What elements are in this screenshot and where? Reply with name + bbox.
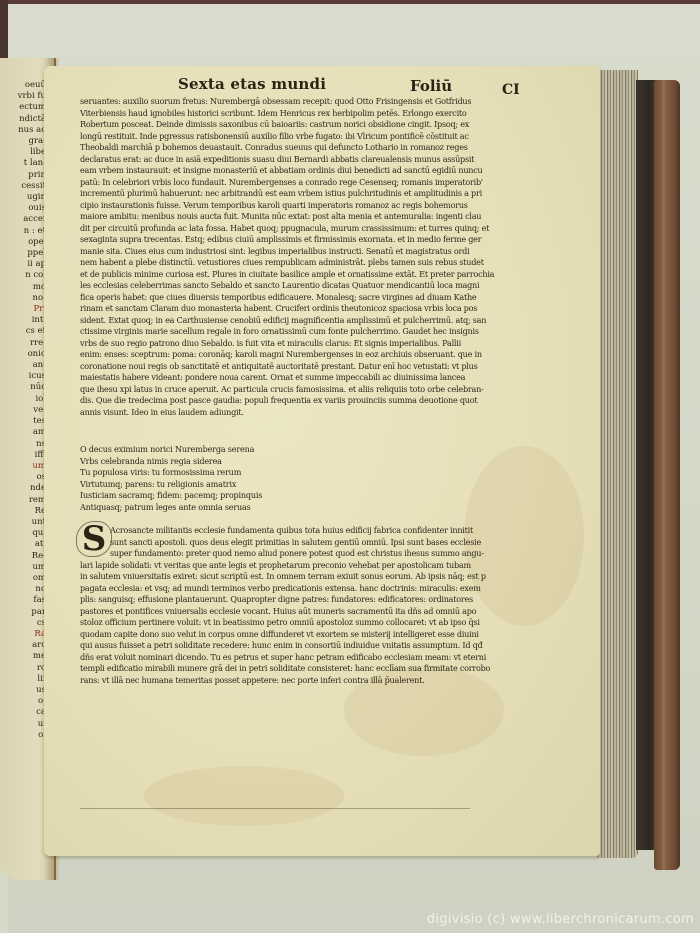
verso-fragment-line: Pri xyxy=(18,304,46,315)
verso-fragment-line: qui xyxy=(18,528,46,539)
verso-fragment-line: iol xyxy=(18,394,46,405)
text-line: quodam capite dono suo velut in corpus o… xyxy=(80,629,550,641)
text-line: sexaginta supra trecentas. Estq; edibus … xyxy=(80,234,550,246)
verso-fragment-line: ppel xyxy=(18,248,46,259)
text-line: Viterbiensis haud ignobiles historici sc… xyxy=(80,108,550,120)
verso-fragment-line: ca xyxy=(18,707,46,718)
verso-fragment-line: ugin xyxy=(18,192,46,203)
verse-in-praise-of-nuremberg: O decus eximium norici Nuremberga serena… xyxy=(80,444,340,513)
verso-fragment-line: vrbi fu xyxy=(18,91,46,102)
text-line: in salutem vniuersitatis exiret: sicut s… xyxy=(80,571,550,583)
text-line: dis. Que die tredecima post pasce gaudia… xyxy=(80,395,550,407)
verso-fragment-line: ro xyxy=(18,663,46,674)
text-line: incrementū plurimū habuerunt: nec arbitr… xyxy=(80,188,550,200)
text-block-bottom-rule xyxy=(80,808,470,809)
verso-fragment-line: me xyxy=(18,651,46,662)
verso-text-fragments: oeuūvrbi fuectumndictānus acgra-libet la… xyxy=(18,80,46,741)
text-line: maiore ambitu: menibus nouis aucta fuit.… xyxy=(80,211,550,223)
verso-fragment-line: par xyxy=(18,607,46,618)
running-header-title: Sexta etas mundi xyxy=(178,75,326,93)
text-line: eam vrbem instaurauit: et insigne monast… xyxy=(80,165,550,177)
verso-fragment-line: at. xyxy=(18,539,46,550)
verso-fragment-line: tes xyxy=(18,416,46,427)
verso-fragment-line: nde xyxy=(18,483,46,494)
verso-fragment-line: us xyxy=(18,685,46,696)
verso-fragment-line: ve- xyxy=(18,405,46,416)
text-line: longū restituit. Inde pgressus ratisbone… xyxy=(80,131,550,143)
text-line: sident. Extat quoq; in ea Carthusiense c… xyxy=(80,315,550,327)
text-line: Theobaldi marchiā p bohemos deuastauit. … xyxy=(80,142,550,154)
verso-fragment-line: n : et xyxy=(18,226,46,237)
verso-fragment-line: onio xyxy=(18,349,46,360)
text-line: Iusticiam sacramq; fidem: pacemq; propin… xyxy=(80,490,340,502)
text-line: lari lapide solidati: vt veritas que ant… xyxy=(80,560,550,572)
verso-fragment-line: oeuū xyxy=(18,80,46,91)
verso-fragment-line: t lan- xyxy=(18,158,46,169)
verso-fragment-line: rre- xyxy=(18,338,46,349)
text-line: cipio instaurationis fuisse. Verum tempo… xyxy=(80,200,550,212)
verso-fragment-line: nus ac xyxy=(18,125,46,136)
verso-fragment-line: ectum xyxy=(18,102,46,113)
text-line: manie sita. Ciues eius cum industriosi s… xyxy=(80,246,550,258)
verso-fragment-line: icus xyxy=(18,371,46,382)
text-line: patū: In celebriori vrbis loco fundauit.… xyxy=(80,177,550,189)
verso-fragment-line: ope' xyxy=(18,237,46,248)
verso-fragment-line: no xyxy=(18,584,46,595)
verso-fragment-line: oi xyxy=(18,730,46,741)
text-line: fica operis habet: que ciues diuersis te… xyxy=(80,292,550,304)
verso-fragment-line: lif xyxy=(18,674,46,685)
text-line: vrbs de suo regio patrono diuo Sebaldo. … xyxy=(80,338,550,350)
verso-fragment-line: ns xyxy=(18,439,46,450)
text-line: annis visunt. Ideo in eius laudem adiung… xyxy=(80,407,550,419)
text-line: Robertum posceat. Deinde dimissis saxoni… xyxy=(80,119,550,131)
text-line: sunt sancti apostoli. quos deus elegit p… xyxy=(80,537,550,549)
text-line: nem habent a plebe distinctū. vetustiore… xyxy=(80,257,550,269)
text-line: Virtutumq; parens: tu religionis amatrix xyxy=(80,479,340,491)
verso-fragment-line: ui xyxy=(18,719,46,730)
verso-fragment-line: nūc xyxy=(18,382,46,393)
verso-fragment-line: prin xyxy=(18,170,46,181)
verso-fragment-line: cessit xyxy=(18,181,46,192)
verso-fragment-line: accef xyxy=(18,214,46,225)
text-line: Tu populosa viris: tu formosissima rerum xyxy=(80,467,340,479)
text-line: rans: vt illā nec humana temeritas posse… xyxy=(80,675,550,687)
verso-fragment-line: cs xyxy=(18,618,46,629)
verso-fragment-line: ii ap xyxy=(18,259,46,270)
verso-fragment-line: om xyxy=(18,573,46,584)
main-text-paragraph-2: Acrosancte militantis ecclesie fundament… xyxy=(80,525,550,686)
text-line: maiestatis habere videant: pondere noua … xyxy=(80,372,550,384)
text-line: pagata ecclesia: et vsq; ad mundi termin… xyxy=(80,583,550,595)
verso-fragment-line: ndictā xyxy=(18,114,46,125)
book-fore-edge xyxy=(596,70,638,858)
text-line: rinam et sanctam Claram duo monasteria h… xyxy=(80,303,550,315)
verso-fragment-line: an- xyxy=(18,360,46,371)
text-line: templi edificatio mirabili munere grā de… xyxy=(80,663,550,675)
verso-fragment-line: gra- xyxy=(18,136,46,147)
text-line: plis: sanguisq; effusione plantauerunt. … xyxy=(80,594,550,606)
paper-stain xyxy=(144,766,344,826)
text-line: Acrosancte militantis ecclesie fundament… xyxy=(80,525,550,537)
text-line: super fundamento: preter quod nemo aliud… xyxy=(80,548,550,560)
verso-fragment-line: Re xyxy=(18,506,46,517)
verso-fragment-line: ouis xyxy=(18,203,46,214)
verso-fragment-line: rem xyxy=(18,495,46,506)
verso-fragment-line: cs et xyxy=(18,326,46,337)
verso-fragment-line: iff- xyxy=(18,450,46,461)
text-line: Antiquasq; patrum leges ante omnia serua… xyxy=(80,502,340,514)
text-line: Vrbs celebranda nimis regia siderea xyxy=(80,456,340,468)
verso-fragment-line: unt xyxy=(18,517,46,528)
text-line: et de publicis minime curiosa est. Plure… xyxy=(80,269,550,281)
text-line: seruantes: auxilio suorum fretus: Nuremb… xyxy=(80,96,550,108)
verso-fragment-line: n col xyxy=(18,270,46,281)
verso-fragment-line: Ra xyxy=(18,629,46,640)
verso-fragment-line: mo xyxy=(18,282,46,293)
verso-fragment-line: o- xyxy=(18,696,46,707)
text-line: declaratus erat: ac duce in asiā expedit… xyxy=(80,154,550,166)
leather-binding xyxy=(654,80,680,870)
verso-fragment-line: os xyxy=(18,472,46,483)
verso-fragment-line: um xyxy=(18,562,46,573)
verso-fragment-line: libe xyxy=(18,147,46,158)
verso-fragment-line: Re- xyxy=(18,551,46,562)
text-line: ctissime virginis marie sacellum regale … xyxy=(80,326,550,338)
verso-fragment-line: am xyxy=(18,427,46,438)
text-line: coronatione noui regis ob sanctitatē et … xyxy=(80,361,550,373)
running-header-folio-label: Foliū xyxy=(410,77,452,95)
text-line: dñs erat voluit nominari dicendo. Tu es … xyxy=(80,652,550,664)
text-line: O decus eximium norici Nuremberga serena xyxy=(80,444,340,456)
verso-fragment-line: fas xyxy=(18,595,46,606)
text-line: stoloz officium pertinere voluit: vt in … xyxy=(80,617,550,629)
text-line: pastores et pontifices vniuersalis eccle… xyxy=(80,606,550,618)
text-line: enim: enses: sceptrum: poma: coronāq; ka… xyxy=(80,349,550,361)
text-line: qui ausus fuisset a petri soliditate rec… xyxy=(80,640,550,652)
text-line: les ecclesias celeberrimas sancto Sebald… xyxy=(80,280,550,292)
verso-fragment-line: int. xyxy=(18,315,46,326)
text-line: que ihesu xpi latus in cruce aperuit. Ac… xyxy=(80,384,550,396)
verso-fragment-line: no: xyxy=(18,293,46,304)
text-line: dit per circuitū profunda ac lata fossa.… xyxy=(80,223,550,235)
verso-fragment-line: arc xyxy=(18,640,46,651)
main-text-paragraph-1: seruantes: auxilio suorum fretus: Nuremb… xyxy=(80,96,550,418)
verso-fragment-line: um xyxy=(18,461,46,472)
copyright-watermark: digivisio (c) www.liberchronicarum.com xyxy=(427,912,694,927)
